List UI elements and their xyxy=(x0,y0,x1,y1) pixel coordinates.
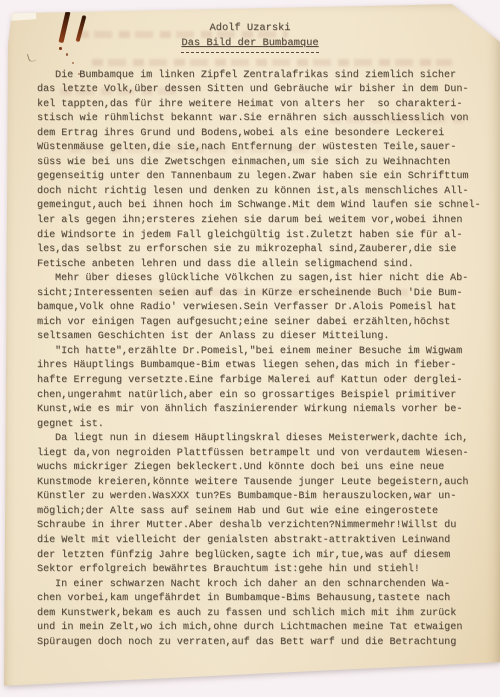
scanned-document: Adolf Uzarski Das Bild der Bumbamque Die… xyxy=(0,0,500,697)
text-line: chen,ungerahmt natürlich,aber ein so gro… xyxy=(37,389,483,404)
text-line: hafte Erregung versetzte.Eine farbige Ma… xyxy=(37,374,483,389)
text-line: In einer schwarzen Nacht kroch ich daher… xyxy=(37,578,483,593)
text-line: sicht;Interessenten seien auf das in Kür… xyxy=(37,287,483,302)
text-line: wuchs mickriger Ziegen bekleckert.Und kö… xyxy=(37,461,483,476)
text-line: stisch wie rühmlichst bekannt war.Sie er… xyxy=(37,112,483,127)
text-line: Sektor erfolgreich bewährtes Brauchtum i… xyxy=(37,563,483,578)
text-line: Kunst,wie es mir von ähnlich faszinieren… xyxy=(37,403,483,418)
text-line: Mehr über dieses glückliche Völkchen zu … xyxy=(37,272,483,287)
author-line: Adolf Uzarski xyxy=(0,21,500,36)
text-line: möglich;der Alte sass auf seinem Hab und… xyxy=(37,505,483,520)
text-line: die Windsorte in jedem Fall gleichgültig… xyxy=(37,229,483,244)
pencil-mark xyxy=(27,52,36,63)
text-line: liegt da,von negroiden Plattfüssen betra… xyxy=(37,447,483,462)
document-heading: Adolf Uzarski Das Bild der Bumbamque xyxy=(0,21,500,53)
red-ink-stroke xyxy=(58,11,70,43)
text-line: mich vor einigen Tagen aufgesucht;eine s… xyxy=(37,316,483,331)
ink-speck xyxy=(59,47,62,50)
text-line: süss wie bei uns die Zwetschgen einmache… xyxy=(37,156,483,171)
text-line: les,das selbst zu erforschen sie zu mikr… xyxy=(37,243,483,258)
ghost-text-bleedthrough xyxy=(330,116,470,123)
ink-speck xyxy=(78,73,80,75)
text-line: "Ich hatte",erzählte Dr.Pomeisl,"bei ein… xyxy=(37,345,483,360)
ghost-text-bleedthrough xyxy=(110,289,410,296)
text-line: doch nicht richtig lesen und denken zu k… xyxy=(37,185,483,200)
ink-speck xyxy=(72,62,74,64)
text-line: bamque,Volk ohne Radio' verwiesen.Sein V… xyxy=(37,301,483,316)
ghost-text-bleedthrough xyxy=(92,59,452,66)
text-line: Künstler zu werden.WasXXX tun?Es Bumbamq… xyxy=(37,490,483,505)
text-line: gegnet ist. xyxy=(37,418,483,433)
title-line: Das Bild der Bumbamque xyxy=(0,36,500,53)
text-line: seltsamen Geschichten ist der Anlass zu … xyxy=(37,330,483,345)
ink-speck xyxy=(66,53,68,56)
title-text: Das Bild der Bumbamque xyxy=(181,36,318,53)
text-line: gemeingut,auch bei ihnen hoch im Schwang… xyxy=(37,199,483,214)
text-line: chen vorbei,kam ungefährdet in Bumbamque… xyxy=(37,592,483,607)
text-line: Schraube in ihrer Mutter.Aber deshalb ve… xyxy=(37,519,483,534)
paper-corner-chip xyxy=(10,9,37,21)
red-ink-stroke xyxy=(76,15,86,42)
text-line: Spüraugen doch noch zu verraten,auf das … xyxy=(37,636,483,651)
paper-shadow: Adolf Uzarski Das Bild der Bumbamque Die… xyxy=(0,0,500,697)
text-line: dem Kunstwerk,bekam es auch zu fassen un… xyxy=(37,607,483,622)
text-line: Die Bumbamque im linken Zipfel Zentralaf… xyxy=(37,69,483,84)
text-line: kel tappten,das für ihre weitere Heimat … xyxy=(37,98,483,113)
text-line: gegenseitig unter den Tannenbaum zu lege… xyxy=(37,170,483,185)
text-line: und in mein Zelt,wo ich mich,ohne durch … xyxy=(37,621,483,636)
text-line: ihres Häuptlings Bumbamque-Bim etwas lie… xyxy=(37,359,483,374)
ghost-text-bleedthrough xyxy=(60,88,180,95)
text-line: Da liegt nun in diesem Häuptlingskral di… xyxy=(37,432,483,447)
text-line: Kunstmode kreieren,könnte weitere Tausen… xyxy=(37,476,483,491)
text-line: dem Ertrag ihres Grund und Bodens,wobei … xyxy=(37,127,483,142)
ghost-text-bleedthrough xyxy=(70,146,320,153)
body-text: Die Bumbamque im linken Zipfel Zentralaf… xyxy=(37,69,483,651)
ghost-text-bleedthrough xyxy=(78,31,288,38)
paper-sheet: Adolf Uzarski Das Bild der Bumbamque Die… xyxy=(0,0,500,697)
text-line: der letzten fünfzig Jahre beglücken,sagt… xyxy=(37,549,483,564)
text-line: ler als gegen ihn;ersteres ziehen sie da… xyxy=(37,214,483,229)
text-line: Fetische anbeten lehren und dass die all… xyxy=(37,258,483,273)
text-line: Wüstenmäuse gelten,die sie,nach Entfernu… xyxy=(37,141,483,156)
text-line: die Welt mit vielleicht der genialsten a… xyxy=(37,534,483,549)
text-line: das letzte Volk,über dessen Sitten und G… xyxy=(37,83,483,98)
